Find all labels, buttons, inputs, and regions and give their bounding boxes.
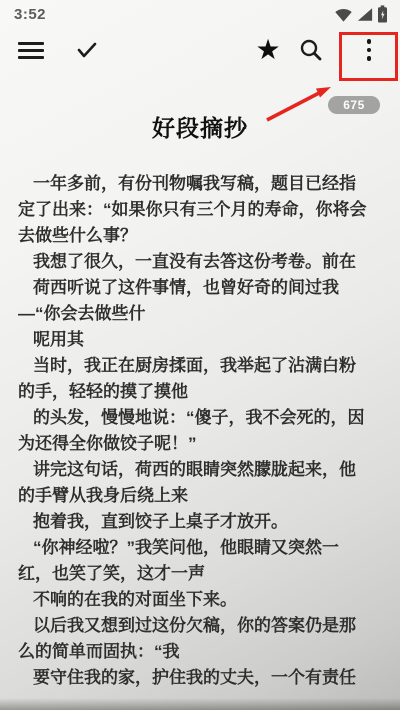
toolbar: ★ (0, 28, 400, 72)
text-line: 要守住我的家，护住我的丈夫，一个有责任 (18, 665, 382, 691)
text-line: 为还得全你做饺子呢！” (18, 431, 382, 457)
status-icons (334, 5, 388, 23)
menu-button[interactable] (14, 33, 48, 67)
text-line: 的手臂从我身后绕上来 (18, 483, 382, 509)
status-bar: 3:52 (0, 0, 400, 28)
overflow-menu-button[interactable] (352, 33, 386, 67)
status-time: 3:52 (14, 6, 46, 23)
text-line: 的手，轻轻的摸了摸他 (18, 379, 382, 405)
text-line: 的头发，慢慢地说：“傻子，我不会死的，因 (18, 405, 382, 431)
text-line: “你神经啦？”我笑问他，他眼睛又突然一 (18, 535, 382, 561)
star-icon: ★ (255, 36, 280, 64)
text-line: 我想了很久，一直没有去答这份考卷。前在 (18, 249, 382, 275)
text-line: 讲完这句话，荷西的眼睛突然朦胧起来，他 (18, 457, 382, 483)
text-line: 以后我又想到过这份欠稿，你的答案仍是那 (18, 613, 382, 639)
text-line: 荷西听说了这件事情，也曾好奇的间过我 (18, 275, 382, 301)
app-screen: 3:52 ★ (0, 0, 400, 710)
wifi-icon (334, 7, 353, 22)
search-icon (299, 38, 323, 62)
text-line: 定了出来：“如果你只有三个月的寿命，你将会 (18, 197, 382, 223)
text-line: 一年多前，有份刊物嘱我写稿，题目已经指 (18, 171, 382, 197)
body-text: 一年多前，有份刊物嘱我写稿，题目已经指定了出来：“如果你只有三个月的寿命，你将会… (0, 171, 400, 691)
cellular-signal-icon (357, 7, 373, 22)
text-line: 去做些什么事？ (18, 223, 382, 249)
text-line: 不响的在我的对面坐下来。 (18, 587, 382, 613)
text-line: 红，也笑了笑，这才一声 (18, 561, 382, 587)
text-line: 当时，我正在厨房揉面，我举起了沾满白粉 (18, 353, 382, 379)
text-line: —“你会去做些什 (18, 301, 382, 327)
text-line: 呢用其 (18, 327, 382, 353)
bottom-shadow (0, 698, 400, 710)
search-button[interactable] (294, 33, 328, 67)
check-button[interactable] (70, 33, 104, 67)
star-button[interactable]: ★ (260, 33, 294, 67)
count-badge: 675 (328, 96, 380, 114)
text-line: 抱着我，直到饺子上桌子才放开。 (18, 509, 382, 535)
page-title: 好段摘抄 (0, 110, 400, 143)
text-line: 么的简单而固执：“我 (18, 639, 382, 665)
battery-charging-icon (377, 5, 388, 23)
